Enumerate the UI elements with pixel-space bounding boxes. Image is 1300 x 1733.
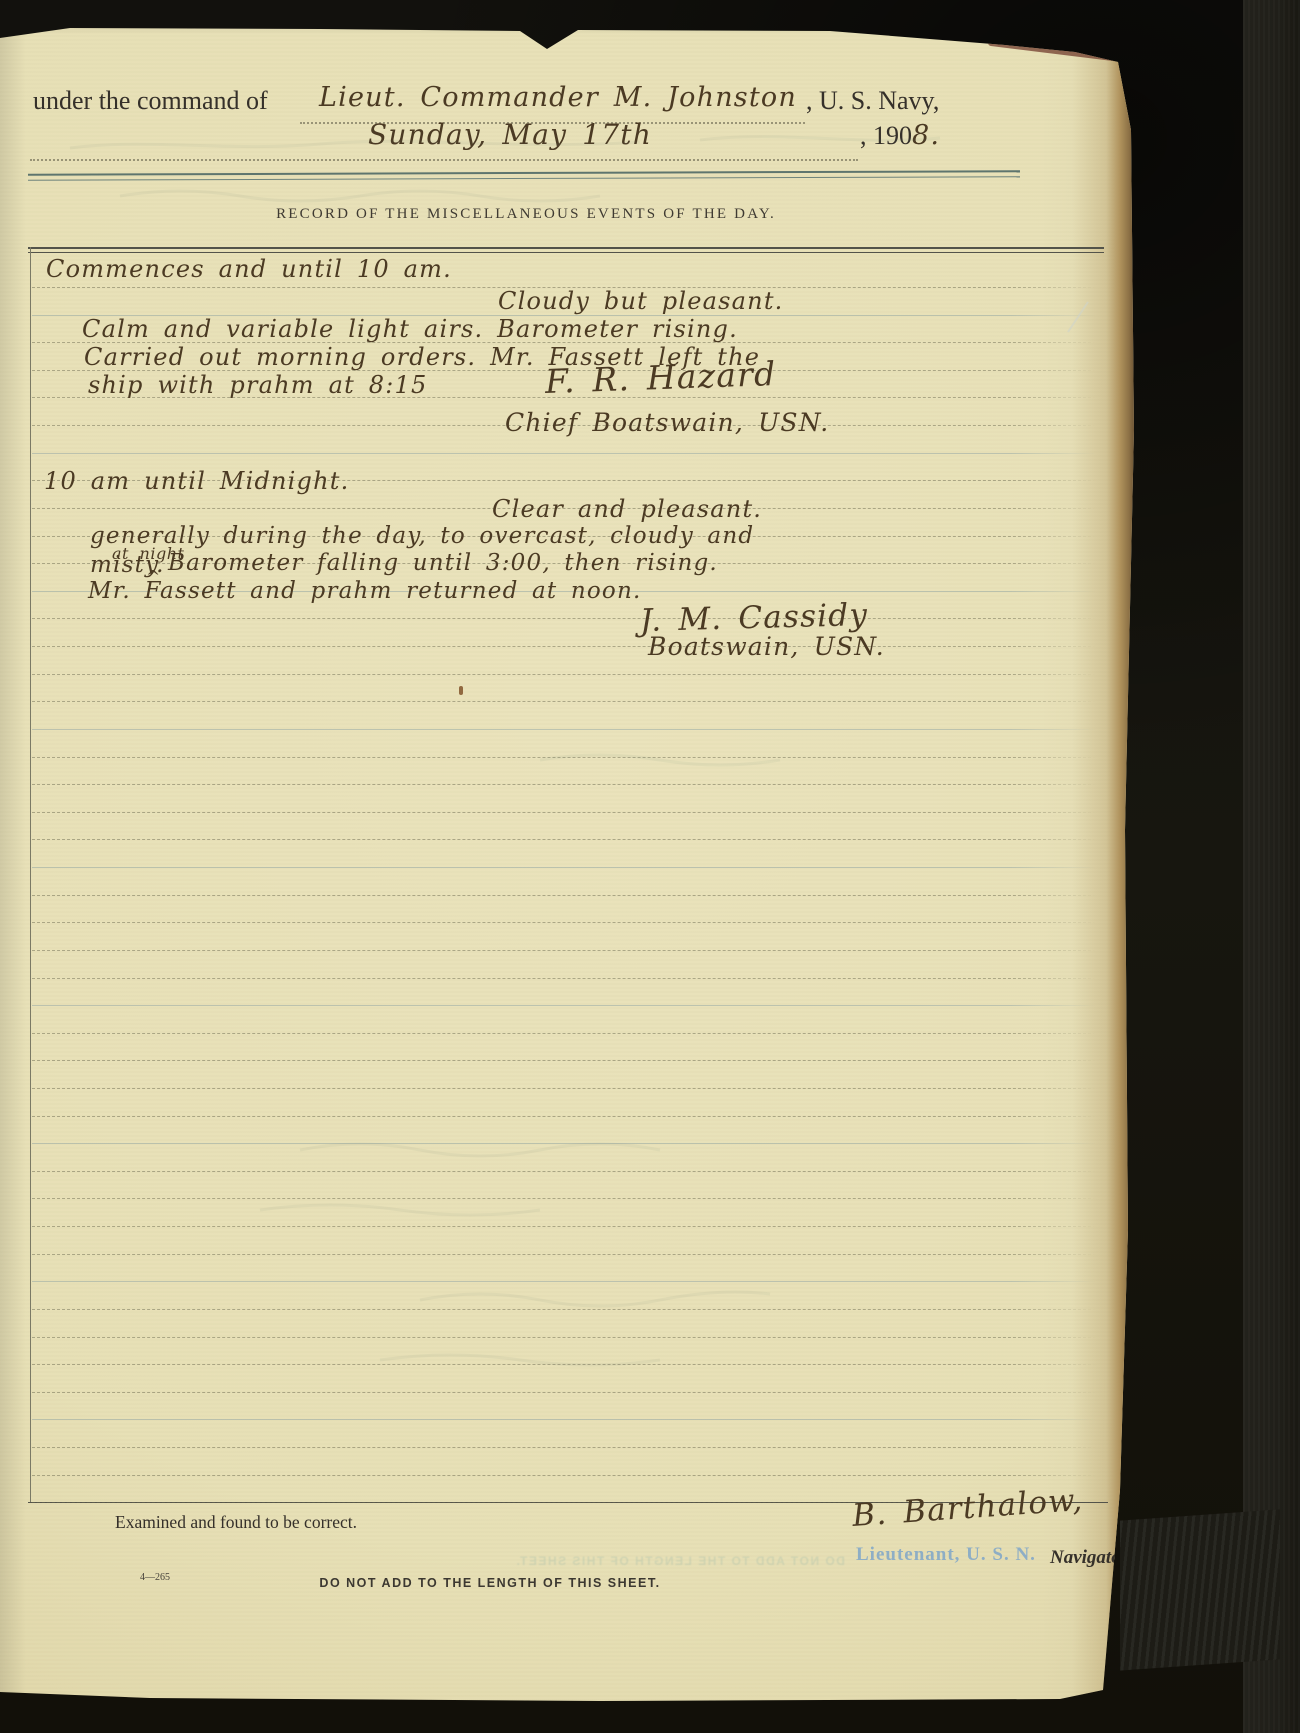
binding-ribbon-texture bbox=[1120, 1509, 1280, 1670]
watch1-signature-title: Chief Boatswain, USN. bbox=[505, 408, 829, 437]
ruled-line bbox=[32, 1033, 1096, 1034]
ruled-line bbox=[32, 757, 1096, 758]
ruled-line bbox=[32, 950, 1096, 951]
ruled-line bbox=[32, 1198, 1096, 1199]
ruled-line bbox=[32, 729, 1096, 730]
ruled-line bbox=[32, 1419, 1096, 1420]
watch1-line: ship with prahm at 8:15 bbox=[88, 371, 427, 399]
bleed-through-ghost-text: DO NOT ADD TO THE LENGTH OF THIS SHEET. bbox=[500, 1554, 860, 1568]
watch1-signature: F. R. Hazard bbox=[544, 354, 777, 401]
blank-underline bbox=[30, 159, 858, 161]
handwritten-year-digit: 8. bbox=[912, 120, 940, 151]
watch2-line: generally during the day, to overcast, c… bbox=[90, 523, 754, 549]
ruled-line bbox=[32, 1281, 1096, 1282]
ruled-line bbox=[32, 1392, 1096, 1393]
ruled-line bbox=[32, 1116, 1096, 1117]
watch1-opening-line: Commences and until 10 am. bbox=[46, 255, 452, 283]
ruled-line bbox=[32, 922, 1096, 923]
ruled-line bbox=[32, 784, 1096, 785]
ruled-line bbox=[32, 1143, 1096, 1144]
ruled-line bbox=[32, 839, 1096, 840]
ruled-line bbox=[32, 1060, 1096, 1061]
printed-year-prefix: , 190 bbox=[860, 121, 912, 150]
printed-navy-suffix: , U. S. Navy, bbox=[806, 86, 939, 116]
record-box-left-border bbox=[30, 247, 31, 1503]
handwritten-commander-name: Lieut. Commander M. Johnston bbox=[308, 82, 808, 113]
ruled-line bbox=[32, 1005, 1096, 1006]
ruled-line bbox=[32, 453, 1096, 454]
book-cover-edge bbox=[1243, 0, 1300, 1733]
watch1-weather-line: Cloudy but pleasant. bbox=[498, 287, 784, 315]
length-warning: DO NOT ADD TO THE LENGTH OF THIS SHEET. bbox=[240, 1576, 740, 1590]
ruled-line bbox=[32, 1088, 1096, 1089]
ruled-line bbox=[32, 1364, 1096, 1365]
ruled-line bbox=[32, 1447, 1096, 1448]
watch2-line: misty. bbox=[90, 552, 165, 578]
ruled-line bbox=[32, 1226, 1096, 1227]
ruled-line bbox=[32, 1475, 1096, 1476]
ruled-line bbox=[32, 1309, 1096, 1310]
watch2-weather-line: Clear and pleasant. bbox=[492, 495, 762, 523]
ruled-line bbox=[32, 618, 1096, 619]
ruled-line bbox=[32, 1337, 1096, 1338]
watch2-line: Barometer falling until 3:00, then risin… bbox=[168, 550, 718, 576]
ruled-line bbox=[32, 895, 1096, 896]
ruled-line bbox=[32, 978, 1096, 979]
ruled-line bbox=[32, 812, 1096, 813]
watch2-signature-title: Boatswain, USN. bbox=[648, 632, 885, 661]
form-number: 4—265 bbox=[140, 1572, 170, 1583]
rank-stamp: Lieutenant, U. S. N. bbox=[856, 1544, 1036, 1566]
logbook-scan: under the command of Lieut. Commander M.… bbox=[0, 0, 1300, 1733]
ruled-line bbox=[32, 1171, 1096, 1172]
log-page: under the command of Lieut. Commander M.… bbox=[0, 0, 1300, 1733]
printed-command-prefix: under the command of bbox=[33, 86, 268, 116]
watch1-line: Calm and variable light airs. Barometer … bbox=[82, 315, 738, 343]
record-box-top-border bbox=[28, 247, 1104, 253]
section-title: RECORD OF THE MISCELLANEOUS EVENTS OF TH… bbox=[30, 206, 1022, 223]
watch2-opening-line: 10 am until Midnight. bbox=[44, 467, 349, 495]
watch2-line: Mr. Fassett and prahm returned at noon. bbox=[88, 578, 642, 604]
ruled-line bbox=[32, 646, 1096, 647]
examined-statement: Examined and found to be correct. bbox=[115, 1512, 357, 1533]
ink-speck bbox=[459, 686, 463, 695]
ruled-line bbox=[32, 701, 1096, 702]
year-line: , 1908. bbox=[860, 120, 940, 151]
handwritten-date: Sunday, May 17th bbox=[330, 118, 690, 151]
ruled-line bbox=[32, 674, 1096, 675]
ruled-line bbox=[32, 867, 1096, 868]
ruled-line bbox=[32, 1254, 1096, 1255]
